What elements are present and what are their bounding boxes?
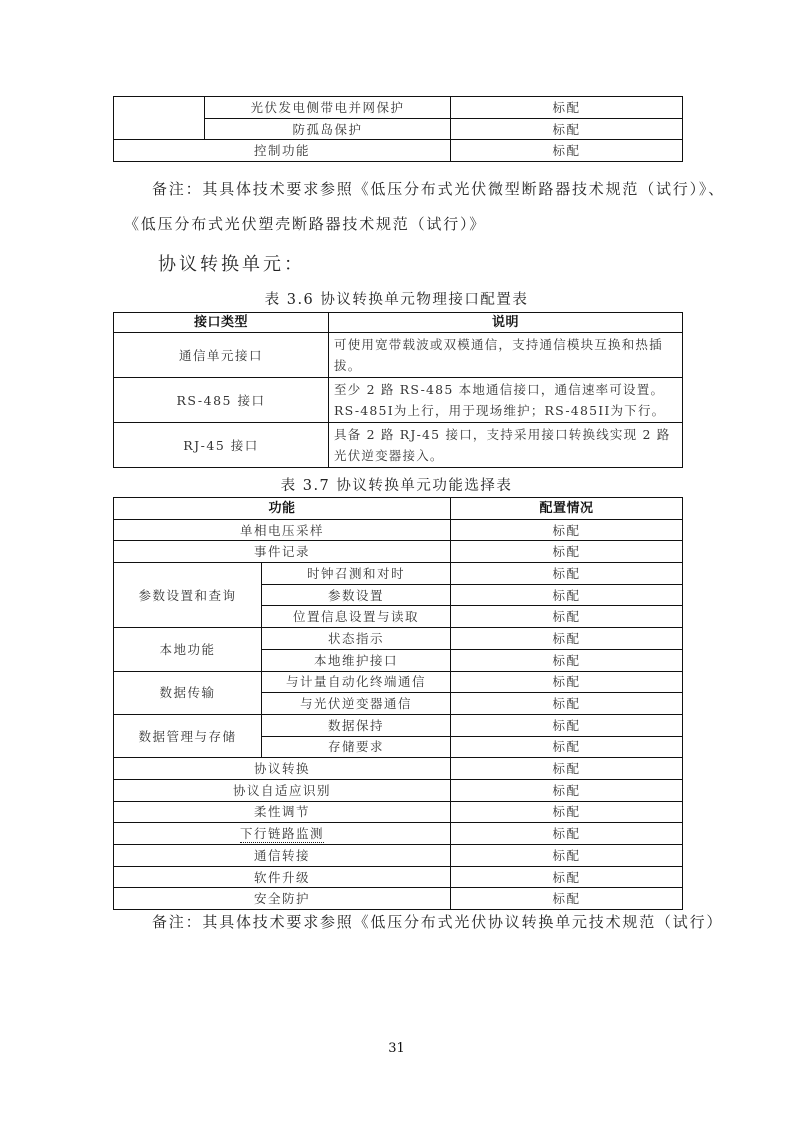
function-group-cell: 本地功能 <box>114 628 262 671</box>
subfunction-cell: 存储要求 <box>262 736 451 758</box>
function-group-cell: 数据管理与存储 <box>114 714 262 757</box>
subfunction-cell: 与光伏逆变器通信 <box>262 693 451 715</box>
config-cell: 标配 <box>451 563 683 585</box>
config-cell: 标配 <box>451 845 683 867</box>
subfunction-cell: 参数设置 <box>262 584 451 606</box>
function-selection-table: 功能 配置情况 单相电压采样 标配 事件记录 标配 参数设置和查询 时钟召测和对… <box>113 497 683 910</box>
config-cell: 标配 <box>451 736 683 758</box>
note-line-1: 备注：其具体技术要求参照《低压分布式光伏微型断路器技术规范（试行）》、 <box>152 178 725 199</box>
function-cell: 下行链路监测 <box>114 823 451 845</box>
header-function: 功能 <box>114 498 451 520</box>
function-cell: 柔性调节 <box>114 801 451 823</box>
page-number: 31 <box>0 1041 793 1056</box>
config-cell: 标配 <box>451 584 683 606</box>
interface-type-cell: RS-485 接口 <box>114 378 329 423</box>
config-cell: 标配 <box>451 541 683 563</box>
note-footer: 备注：其具体技术要求参照《低压分布式光伏协议转换单元技术规范（试行） <box>152 911 723 932</box>
config-cell: 标配 <box>451 801 683 823</box>
subfunction-cell: 数据保持 <box>262 714 451 736</box>
config-cell: 标配 <box>451 671 683 693</box>
header-description: 说明 <box>329 313 683 333</box>
table-3-6-caption: 表 3.6 协议转换单元物理接口配置表 <box>0 288 793 309</box>
function-cell: 控制功能 <box>114 140 451 162</box>
config-cell: 标配 <box>451 714 683 736</box>
function-cell: 事件记录 <box>114 541 451 563</box>
function-cell: 安全防护 <box>114 888 451 910</box>
config-cell: 标配 <box>451 758 683 780</box>
subfunction-cell: 位置信息设置与读取 <box>262 606 451 628</box>
function-group-cell: 参数设置和查询 <box>114 563 262 628</box>
section-heading: 协议转换单元： <box>158 250 305 276</box>
function-cell: 通信转接 <box>114 845 451 867</box>
function-cell: 单相电压采样 <box>114 519 451 541</box>
header-config: 配置情况 <box>451 498 683 520</box>
config-cell: 标配 <box>451 519 683 541</box>
function-cell: 软件升级 <box>114 866 451 888</box>
interface-desc-cell: 可使用宽带载波或双模通信，支持通信模块互换和热插拔。 <box>329 333 683 378</box>
function-group-cell: 数据传输 <box>114 671 262 714</box>
header-interface-type: 接口类型 <box>114 313 329 333</box>
config-cell: 标配 <box>451 606 683 628</box>
downlink-monitoring-text: 下行链路监测 <box>240 826 324 843</box>
config-cell: 标配 <box>451 779 683 801</box>
subfunction-cell: 本地维护接口 <box>262 649 451 671</box>
config-cell: 标配 <box>451 649 683 671</box>
config-cell: 标配 <box>451 628 683 650</box>
config-cell: 标配 <box>451 97 683 119</box>
config-cell: 标配 <box>451 140 683 162</box>
config-cell: 标配 <box>451 866 683 888</box>
interface-type-cell: 通信单元接口 <box>114 333 329 378</box>
protection-table-continuation: 光伏发电侧带电并网保护 标配 防孤岛保护 标配 控制功能 标配 <box>113 96 683 162</box>
config-cell: 标配 <box>451 823 683 845</box>
interface-config-table: 接口类型 说明 通信单元接口 可使用宽带载波或双模通信，支持通信模块互换和热插拔… <box>113 312 683 468</box>
function-cell: 光伏发电侧带电并网保护 <box>205 97 451 119</box>
note-line-2: 《低压分布式光伏塑壳断路器技术规范（试行）》 <box>124 213 486 234</box>
config-cell: 标配 <box>451 888 683 910</box>
subfunction-cell: 状态指示 <box>262 628 451 650</box>
table-3-7-caption: 表 3.7 协议转换单元功能选择表 <box>0 474 793 495</box>
function-cell: 协议转换 <box>114 758 451 780</box>
function-cell: 协议自适应识别 <box>114 779 451 801</box>
config-cell: 标配 <box>451 693 683 715</box>
function-cell: 防孤岛保护 <box>205 119 451 140</box>
merged-empty-cell <box>114 97 205 140</box>
interface-type-cell: RJ-45 接口 <box>114 423 329 468</box>
subfunction-cell: 与计量自动化终端通信 <box>262 671 451 693</box>
subfunction-cell: 时钟召测和对时 <box>262 563 451 585</box>
interface-desc-cell: 具备 2 路 RJ-45 接口，支持采用接口转换线实现 2 路光伏逆变器接入。 <box>329 423 683 468</box>
config-cell: 标配 <box>451 119 683 140</box>
interface-desc-cell: 至少 2 路 RS-485 本地通信接口，通信速率可设置。RS-485I为上行，… <box>329 378 683 423</box>
